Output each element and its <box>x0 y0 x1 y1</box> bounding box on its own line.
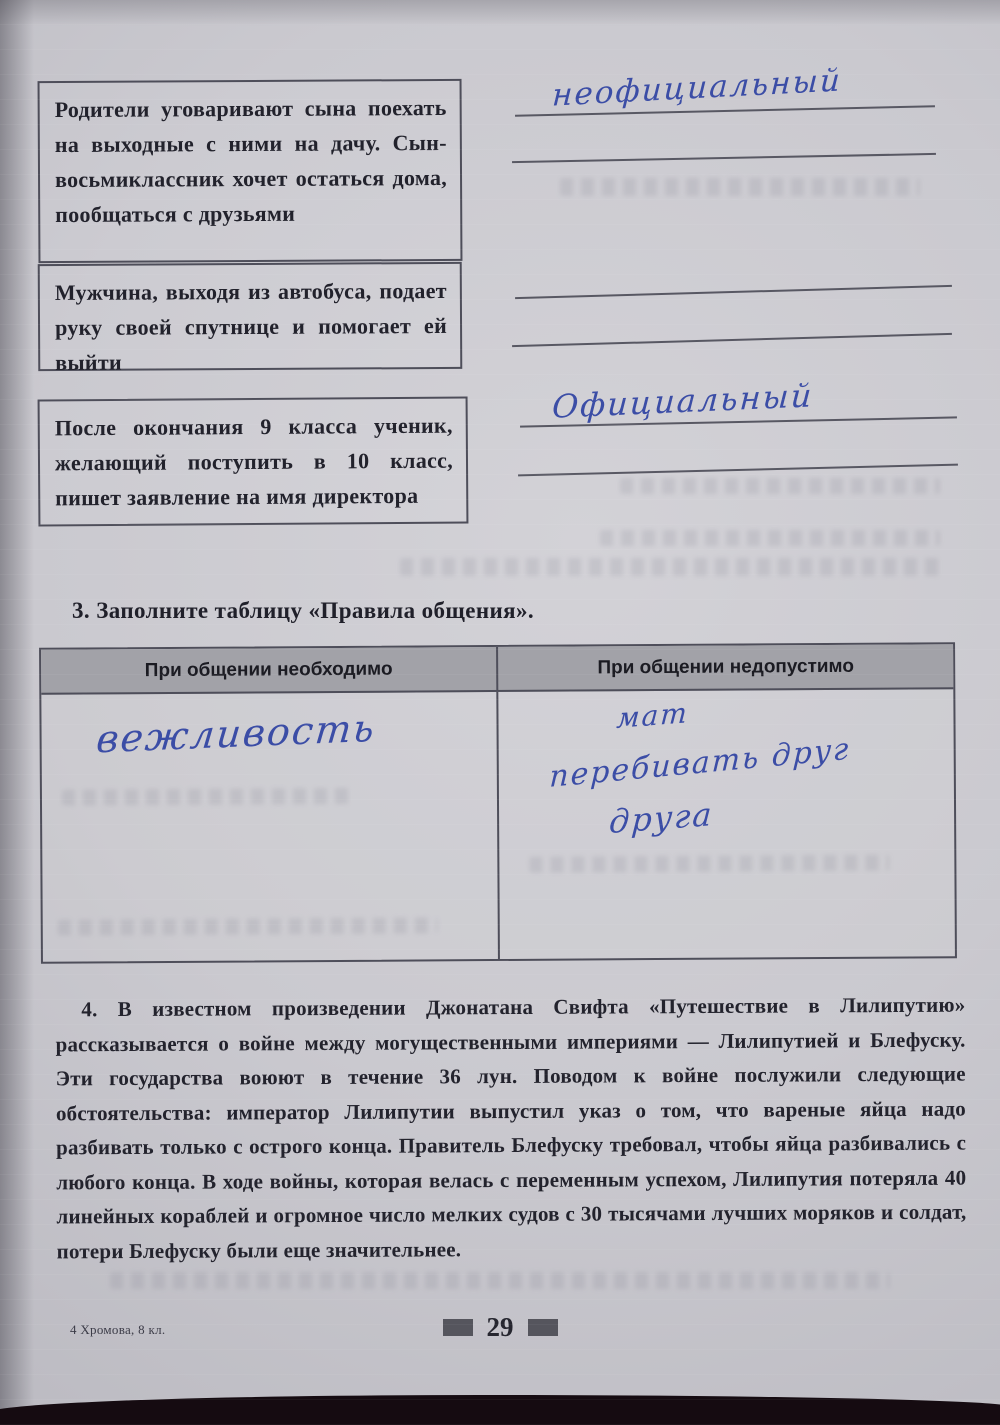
bleed-through-text <box>110 1272 890 1289</box>
page-number-ornament-left <box>443 1319 473 1336</box>
task3-heading: 3. Заполните таблицу «Правила общения». <box>72 598 534 624</box>
bleed-through-text <box>58 917 438 935</box>
handwritten-entry-politeness: вежливость <box>95 706 379 762</box>
book-edge-shadow <box>0 1395 1000 1425</box>
table-header-row: При общении необходимо При общении недоп… <box>41 644 953 695</box>
table-cell-unacceptable: мат перебивать друг друга <box>498 689 955 959</box>
bleed-through-text <box>529 855 889 873</box>
table-cell-necessary: вежливость <box>41 692 500 962</box>
bleed-through-text <box>400 558 940 576</box>
answer-line <box>515 285 952 299</box>
handwritten-entry-line3: друга <box>608 795 715 841</box>
handwritten-answer-official: Официальный <box>551 376 815 426</box>
bleed-through-text <box>560 178 920 196</box>
handwritten-entry-line1: мат <box>616 696 690 735</box>
answer-line <box>512 333 952 347</box>
table-header-necessary: При общении необходимо <box>41 647 498 693</box>
workbook-page-scan: Родители уговаривают сына поехать на вых… <box>0 0 1000 1425</box>
bleed-through-text <box>600 530 940 546</box>
handwritten-entry-line2: перебивать друг <box>549 732 851 795</box>
page-number-block: 29 <box>0 1312 1000 1343</box>
scenario-box-3: После окончания 9 класса ученик, желающи… <box>38 397 469 527</box>
communication-rules-table: При общении необходимо При общении недоп… <box>39 642 957 964</box>
page-left-shadow <box>0 0 34 1425</box>
table-header-unacceptable: При общении недопустимо <box>498 644 953 690</box>
handwritten-answer-informal: неофициальный <box>551 62 842 113</box>
page-number: 29 <box>487 1312 514 1343</box>
scenario-box-2: Мужчина, выходя из автобуса, подает руку… <box>38 262 463 371</box>
task4-paragraph: 4. В известном произведении Джонатана Св… <box>55 988 966 1269</box>
scenario-box-1: Родители уговаривают сына поехать на вых… <box>38 79 463 263</box>
page-number-ornament-right <box>528 1319 558 1336</box>
answer-line <box>512 153 936 163</box>
bleed-through-text <box>62 788 352 806</box>
table-body-row: вежливость мат перебивать друг друга <box>41 689 955 962</box>
bleed-through-text <box>620 478 940 494</box>
page-top-shadow <box>0 0 1000 26</box>
answer-line <box>518 464 958 477</box>
